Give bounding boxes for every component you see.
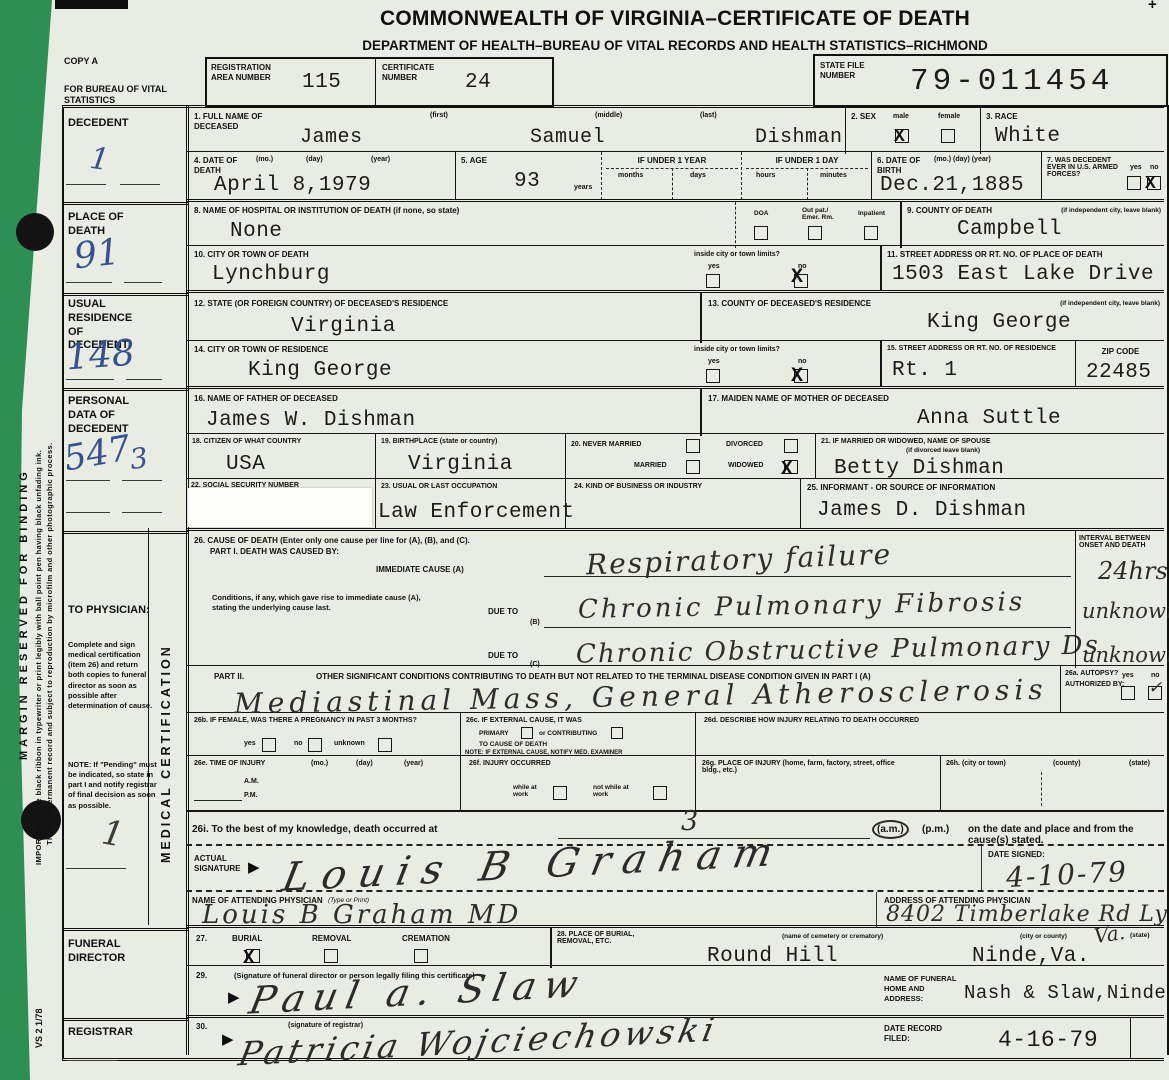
doa-label: DOA (754, 210, 768, 217)
death-time-value: 3 (681, 806, 698, 837)
sex-female-label: female (938, 113, 960, 120)
burial-label: BURIAL (232, 934, 262, 944)
field-county-of-residence: 13. COUNTY OF DECEASED'S RESIDENCE (if i… (700, 293, 1166, 343)
checkbox-doa (754, 226, 768, 240)
margin-binding-text: MARGIN RESERVED FOR BINDING (18, 468, 31, 760)
burial-city-note: (city or county) (1020, 933, 1067, 940)
mo-sublabel: (mo.) (256, 156, 273, 163)
burial-state-note: (state) (1130, 932, 1150, 939)
date-signed-value: 4-10-79 (1005, 855, 1129, 894)
physician-name-value: Louis B Graham MD (202, 900, 521, 930)
field-industry: 24. KIND OF BUSINESS OR INDUSTRY (565, 479, 801, 529)
field-if-under-1-day: IF UNDER 1 DAY hours minutes (741, 152, 872, 200)
age-years-label: years (574, 184, 592, 191)
cause-c-value: Chronic Obstructive Pulmonary Ds (576, 630, 1100, 669)
first-name-value: James (300, 126, 363, 149)
city-residence-value: King George (248, 359, 392, 382)
zip-value: 22485 (1086, 361, 1152, 384)
to-cause-label: TO CAUSE OF DEATH (479, 741, 547, 748)
place-of-burial-label: 28. PLACE OF BURIAL, REMOVAL, ETC. (557, 931, 635, 945)
forces-no-label: no (1150, 164, 1159, 171)
widowed-label: WIDOWED (728, 462, 763, 469)
removal-label: REMOVAL (312, 934, 351, 944)
zip-label: ZIP CODE (1076, 347, 1165, 357)
checkbox-contributing (611, 727, 623, 739)
divorced-label: DIVORCED (726, 441, 763, 448)
field-date-of-death: 4. DATE OF (mo.) (day) (year) DEATH Apri… (186, 152, 455, 200)
informant-label: 25. INFORMANT - OR SOURCE OF INFORMATION (807, 483, 995, 493)
row-parents: 16. NAME OF FATHER OF DECEASED James W. … (186, 386, 1164, 436)
cremation-label: CREMATION (402, 934, 450, 944)
father-label: 16. NAME OF FATHER OF DECEASED (194, 394, 338, 404)
street-of-death-value: 1503 East Lake Drive (892, 263, 1154, 286)
street-of-death-label: 11. STREET ADDRESS OR RT. NO. OF PLACE O… (887, 250, 1103, 260)
injury-county-label: (county) (1053, 760, 1081, 767)
interval-header: INTERVAL BETWEEN ONSET AND DEATH (1079, 535, 1163, 549)
street-residence-value: Rt. 1 (892, 359, 958, 382)
interval-b-value: unknown (1082, 599, 1169, 623)
race-label: 3. RACE (986, 112, 1018, 122)
informant-value: James D. Dishman (817, 499, 1027, 522)
state-residence-value: Virginia (291, 315, 396, 338)
dob-sublabels: (mo.) (day) (year) (934, 156, 991, 163)
county-of-death-label: 9. COUNTY OF DEATH (907, 206, 992, 216)
field-injury-occurred: 26f. INJURY OCCURRED while at work not w… (460, 756, 696, 811)
attestation-label: 26i. To the best of my knowledge, death … (192, 824, 437, 835)
side-code-personal-b: 3 (128, 441, 150, 476)
field-if-under-1-year: IF UNDER 1 YEAR months days (601, 152, 742, 200)
inj-day: (day) (356, 760, 373, 767)
side-code-physician: 1 (99, 812, 127, 855)
state-file-value: 79-011454 (910, 64, 1113, 99)
pregnancy-yes-label: yes (244, 740, 256, 747)
field-zip: ZIP CODE 22485 (1075, 341, 1165, 387)
months-label: months (618, 172, 643, 179)
age-label: 5. AGE (461, 156, 487, 166)
certificate-subtitle: DEPARTMENT OF HEALTH–BUREAU OF VITAL REC… (186, 38, 1164, 54)
field-sex: 2. SEX male female X (845, 108, 981, 154)
field-city-of-residence: 14. CITY OR TOWN OF RESIDENCE King Georg… (186, 341, 880, 387)
checkbox-outpatient (808, 226, 822, 240)
registration-divider (375, 59, 376, 105)
due-to-c-label: DUE TO (488, 651, 518, 661)
certificate-number-value: 24 (465, 71, 491, 94)
birthplace-label: 19. BIRTHPLACE (state or country) (381, 438, 497, 445)
field-full-name: 1. FULL NAME OF DECEASED (first) (middle… (186, 108, 845, 154)
side-note-physician: Complete and sign medical certification … (68, 640, 154, 711)
checkbox-pregnancy-unknown (378, 738, 392, 752)
field-place-of-burial: 28. PLACE OF BURIAL, REMOVAL, ETC. (name… (550, 928, 1166, 968)
year-sublabel: (year) (371, 156, 390, 163)
checkbox-married (686, 460, 700, 474)
row-cause-of-death: 26. CAUSE OF DEATH (Enter only one cause… (186, 528, 1164, 668)
date-of-birth-label: 6. DATE OF (877, 156, 920, 166)
side-code-place-of-death: 91 (72, 232, 122, 278)
place-of-injury-label: 26g. PLACE OF INJURY (home, farm, factor… (702, 760, 902, 774)
field-age: 5. AGE 93 years (455, 152, 602, 200)
under-1-day-label: IF UNDER 1 DAY (742, 156, 872, 166)
age-value: 93 (514, 170, 540, 193)
field-state-of-residence: 12. STATE (OR FOREIGN COUNTRY) OF DECEAS… (186, 293, 700, 343)
pregnancy-no-label: no (294, 740, 303, 747)
forces-no-mark: X (1145, 174, 1156, 194)
checkbox-forces-yes (1127, 176, 1141, 190)
row-part2-autopsy: PART II. OTHER SIGNIFICANT CONDITIONS CO… (186, 665, 1164, 713)
days-label: days (690, 172, 706, 179)
checkbox-inpatient (864, 226, 878, 240)
side-label-to-physician: TO PHYSICIAN: (68, 604, 158, 618)
copy-a-label: COPY A (64, 56, 98, 67)
side-label-decedent: DECEDENT (68, 117, 129, 131)
field-street-of-residence: 15. STREET ADDRESS OR RT. NO. OF RESIDEN… (880, 341, 1077, 387)
physician-address-value: 8402 Timberlake Rd Lynchburg (886, 902, 1169, 927)
injury-city-label: 26h. (city or town) (946, 760, 1006, 767)
industry-label: 24. KIND OF BUSINESS OR INDUSTRY (574, 483, 702, 490)
not-while-at-work-label: not while at work (593, 784, 633, 798)
authorized-by-label: AUTHORIZED BY: (1065, 681, 1124, 688)
funeral-home-label: NAME OF FUNERAL HOME AND ADDRESS: (884, 974, 964, 1004)
field-time-of-injury: 26e. TIME OF INJURY (mo.) (day) (year) A… (186, 756, 460, 811)
autopsy-label: 26a. AUTOPSY? (1065, 670, 1118, 677)
row-26e-26h: 26e. TIME OF INJURY (mo.) (day) (year) A… (186, 755, 1164, 811)
hospital-label: 8. NAME OF HOSPITAL OR INSTITUTION OF DE… (194, 206, 459, 216)
part1-label: PART I. DEATH WAS CAUSED BY: (210, 547, 339, 557)
middle-sublabel: (middle) (595, 112, 622, 119)
street-residence-label: 15. STREET ADDRESS OR RT. NO. OF RESIDEN… (887, 345, 1067, 352)
funeral-sig-number: 29. (196, 971, 207, 981)
city-of-death-label: 10. CITY OR TOWN OF DEATH (194, 250, 309, 260)
registrar-number: 30. (196, 1022, 207, 1032)
checkbox-while-at-work (553, 786, 567, 800)
immediate-cause-label: IMMEDIATE CAUSE (A) (376, 565, 464, 575)
city-of-death-value: Lynchburg (212, 263, 330, 286)
row-ssn-occupation: 22. SOCIAL SECURITY NUMBER 23. USUAL OR … (186, 478, 1164, 529)
checkbox-sex-female (941, 129, 955, 143)
autopsy-no-mark: ✓ (1148, 678, 1162, 698)
res-limits-yes-label: yes (708, 358, 720, 365)
res-limits-no-label: no (798, 358, 807, 365)
row-registrar: 30. (signature of registrar) ▶ Patricia … (186, 1015, 1164, 1061)
date-filed-label: DATE RECORD FILED: (884, 1024, 964, 1043)
checkbox-removal (324, 949, 338, 963)
day-sublabel: (day) (306, 156, 323, 163)
state-file-label: STATE FILE NUMBER (820, 61, 882, 80)
hours-label: hours (756, 172, 775, 179)
full-name-label: 1. FULL NAME OF DECEASED (194, 112, 294, 131)
side-label-registrar: REGISTRAR (68, 1026, 133, 1040)
state-residence-label: 12. STATE (OR FOREIGN COUNTRY) OF DECEAS… (194, 299, 448, 309)
pm-label: P.M. (244, 792, 258, 799)
field-marital-status: 20. NEVER MARRIED DIVORCED MARRIED WIDOW… (565, 434, 816, 479)
field-county-of-death: 9. COUNTY OF DEATH (if independent city,… (900, 202, 1166, 248)
checkbox-pregnancy-yes (262, 738, 276, 752)
field-birthplace: 19. BIRTHPLACE (state or country) Virgin… (375, 434, 566, 479)
scan-bar (55, 0, 128, 9)
occupation-value: Law Enforcement (378, 501, 575, 524)
checkbox-death-limits-yes (706, 274, 720, 288)
side-code-usual-residence: 148 (65, 333, 136, 379)
spouse-note: (if divorced leave blank) (906, 447, 980, 454)
signature-arrow-icon: ▶ (248, 860, 260, 875)
field-ssn: 22. SOCIAL SECURITY NUMBER (186, 479, 375, 529)
field-hospital: 8. NAME OF HOSPITAL OR INSTITUTION OF DE… (186, 202, 735, 248)
pregnancy-unknown-label: unknown (334, 740, 365, 747)
interval-a-value: 24hrs. (1098, 557, 1169, 585)
armed-forces-label: 7. WAS DECEDENT EVER IN U.S. ARMED FORCE… (1047, 157, 1129, 178)
row-name-sex-race: 1. FULL NAME OF DECEASED (first) (middle… (186, 105, 1164, 154)
first-sublabel: (first) (430, 112, 448, 119)
inj-year: (year) (404, 760, 423, 767)
field-death-location-type: DOA Out pat./ Emer. Rm. Inpatient (735, 202, 901, 248)
actual-signature-label: ACTUAL SIGNATURE (194, 854, 246, 873)
row-burial: 27. BURIAL REMOVAL CREMATION X 28. PLACE… (186, 925, 1164, 968)
injury-occurred-label: 26f. INJURY OCCURRED (469, 760, 551, 767)
row-death-date: 4. DATE OF (mo.) (day) (year) DEATH Apri… (186, 151, 1164, 200)
field-external-cause: 26c. IF EXTERNAL CAUSE, IT WAS PRIMARY o… (460, 713, 696, 756)
field-race: 3. RACE White (980, 108, 1165, 154)
father-value: James W. Dishman (206, 409, 416, 432)
field-place-of-injury: 26g. PLACE OF INJURY (home, farm, factor… (695, 756, 941, 811)
checkbox-primary (521, 727, 533, 739)
county-residence-label: 13. COUNTY OF DECEASED'S RESIDENCE (708, 299, 871, 309)
row-place-of-death-2: 10. CITY OR TOWN OF DEATH Lynchburg insi… (186, 245, 1164, 291)
checkbox-never-married (686, 439, 700, 453)
checkbox-res-limits-yes (706, 369, 720, 383)
margin-permanent-text: This is a permanent record and subject t… (45, 442, 54, 845)
row-citizen-marital: 18. CITIZEN OF WHAT COUNTRY USA 19. BIRT… (186, 433, 1164, 479)
row-26b-26d: 26b. IF FEMALE, WAS THERE A PREGNANCY IN… (186, 712, 1164, 756)
middle-name-value: Samuel (530, 126, 605, 149)
citizen-label: 18. CITIZEN OF WHAT COUNTRY (192, 438, 301, 445)
side-label-personal-data: PERSONAL DATA OF DECEDENT (68, 395, 140, 436)
cause-label: 26. CAUSE OF DEATH (Enter only one cause… (194, 536, 470, 546)
forces-yes-label: yes (1130, 164, 1142, 171)
ssn-redaction-box (188, 488, 372, 527)
field-street-of-death: 11. STREET ADDRESS OR RT. NO. OF PLACE O… (880, 246, 1166, 291)
part2-label: PART II. (214, 672, 244, 682)
funeral-signature-arrow-icon: ▶ (228, 990, 240, 1005)
form-code: VS 2 1/78 (34, 1008, 45, 1048)
side-code-decedent: 1 (88, 141, 112, 178)
inpatient-label: Inpatient (858, 210, 885, 217)
injury-state-label: (state) (1129, 760, 1150, 767)
field-mother-name: 17. MAIDEN NAME OF MOTHER OF DECEASED An… (700, 389, 1166, 436)
sex-male-mark: X (894, 127, 905, 147)
field-disposition: 27. BURIAL REMOVAL CREMATION X (186, 928, 550, 968)
certificate-number-label: CERTIFICATE NUMBER (382, 63, 452, 82)
checkbox-divorced (784, 439, 798, 453)
checkbox-not-while-at-work (653, 786, 667, 800)
date-signed-label: DATE SIGNED: (988, 850, 1045, 860)
county-of-death-value: Campbell (957, 218, 1062, 241)
county-of-death-note: (if independent city, leave blank) (1061, 207, 1161, 214)
field-autopsy: 26a. AUTOPSY? AUTHORIZED BY: yes no ✓ (1060, 666, 1165, 713)
while-at-work-label: while at work (513, 784, 547, 798)
widowed-mark: X (781, 458, 792, 480)
under-1-year-label: IF UNDER 1 YEAR (602, 156, 742, 166)
registration-area-label: REGISTRATION AREA NUMBER (211, 63, 286, 82)
row-place-of-death-1: 8. NAME OF HOSPITAL OR INSTITUTION OF DE… (186, 199, 1164, 248)
am-circled: (a.m.) (872, 820, 909, 839)
death-limits-yes-label: yes (708, 263, 720, 270)
date-of-birth-value: Dec.21,1885 (880, 174, 1024, 197)
side-note-pending: NOTE: If "Pending" must be indicated, so… (68, 760, 160, 811)
field-armed-forces: 7. WAS DECEDENT EVER IN U.S. ARMED FORCE… (1041, 152, 1165, 200)
field-spouse: 21. IF MARRIED OR WIDOWED, NAME OF SPOUS… (815, 434, 1165, 479)
cause-a-value: Respiratory failure (586, 538, 893, 582)
field-part2: PART II. OTHER SIGNIFICANT CONDITIONS CO… (186, 666, 1060, 713)
field-father-name: 16. NAME OF FATHER OF DECEASED James W. … (186, 389, 700, 436)
registration-area-value: 115 (302, 71, 341, 94)
interval-c-value: unknown (1082, 643, 1169, 667)
field-interval: INTERVAL BETWEEN ONSET AND DEATH 24hrs. … (1075, 531, 1165, 668)
row-residence-2: 14. CITY OR TOWN OF RESIDENCE King Georg… (186, 340, 1164, 387)
field-how-injury: 26d. DESCRIBE HOW INJURY RELATING TO DEA… (695, 713, 1165, 756)
county-residence-value: King George (927, 311, 1071, 334)
am-label: A.M. (244, 778, 259, 785)
registrar-signature-arrow-icon: ▶ (222, 1032, 234, 1047)
res-limits-no-mark: X (791, 365, 803, 388)
minutes-label: minutes (820, 172, 847, 179)
hospital-value: None (230, 220, 282, 243)
row-funeral-signature: 29. (Signature of funeral director or pe… (186, 965, 1164, 1016)
field-city-of-death: 10. CITY OR TOWN OF DEATH Lynchburg insi… (186, 246, 880, 291)
citizen-value: USA (226, 453, 265, 476)
contributing-label: or CONTRIBUTING (539, 730, 597, 737)
conditions-note: Conditions, if any, which gave rise to i… (212, 593, 447, 613)
last-sublabel: (last) (700, 112, 717, 119)
inj-mo: (mo.) (311, 760, 328, 767)
last-name-value: Dishman (755, 126, 843, 149)
death-limits-no-mark: X (791, 266, 803, 289)
date-of-death-label: 4. DATE OF (194, 156, 237, 166)
pm-option: (p.m.) (922, 824, 949, 835)
row-physician-signature: ACTUAL SIGNATURE ▶ Louis B Graham DATE S… (186, 844, 1164, 892)
disposition-number: 27. (196, 934, 207, 944)
side-label-funeral-director: FUNERAL DIRECTOR (68, 938, 132, 966)
res-limits-label: inside city or town limits? (694, 346, 780, 353)
sex-label: 2. SEX (851, 112, 876, 122)
state-file-box: STATE FILE NUMBER 79-011454 (813, 54, 1168, 107)
field-date-of-birth: 6. DATE OF (mo.) (day) (year) BIRTH Dec.… (871, 152, 1042, 200)
how-injury-label: 26d. DESCRIBE HOW INJURY RELATING TO DEA… (704, 717, 919, 724)
hole-punch (16, 213, 54, 251)
never-married-label: 20. NEVER MARRIED (571, 441, 641, 448)
spouse-value: Betty Dishman (834, 457, 1004, 480)
mother-value: Anna Suttle (917, 407, 1061, 430)
cemetery-note: (name of cemetery or crematory) (782, 933, 883, 940)
time-injury-label: 26e. TIME OF INJURY (194, 760, 265, 767)
medical-certification-label: MEDICAL CERTIFICATION (159, 644, 174, 863)
date-of-death-value: April 8,1979 (214, 174, 371, 197)
certificate-title: COMMONWEALTH OF VIRGINIA–CERTIFICATE OF … (186, 6, 1164, 31)
autopsy-yes-label: yes (1122, 672, 1134, 679)
field-cause-of-death: 26. CAUSE OF DEATH (Enter only one cause… (186, 531, 1075, 668)
medical-certification-strip: MEDICAL CERTIFICATION (148, 528, 187, 925)
field-pregnancy: 26b. IF FEMALE, WAS THERE A PREGNANCY IN… (186, 713, 460, 756)
date-filed-value: 4-16-79 (998, 1027, 1098, 1053)
field-citizen: 18. CITIZEN OF WHAT COUNTRY USA (186, 434, 375, 479)
bureau-label: FOR BUREAU OF VITAL STATISTICS (64, 84, 174, 106)
outpatient-label: Out pat./ Emer. Rm. (802, 207, 842, 221)
field-injury-location: 26h. (city or town) (county) (state) (940, 756, 1165, 811)
margin-important-text: IMPORTANT: Use black ribbon in typewrite… (34, 450, 43, 865)
checkbox-cremation (414, 949, 428, 963)
checkbox-autopsy-yes (1121, 686, 1135, 700)
b-tag: (B) (530, 619, 540, 626)
spouse-label: 21. IF MARRIED OR WIDOWED, NAME OF SPOUS… (821, 438, 991, 445)
death-certificate-scan: + MARGIN RESERVED FOR BINDING IMPORTANT:… (0, 0, 1169, 1080)
primary-label: PRIMARY (479, 730, 509, 737)
field-occupation: 23. USUAL OR LAST OCCUPATION Law Enforce… (375, 479, 566, 529)
married-label: MARRIED (634, 462, 667, 469)
external-cause-label: 26c. IF EXTERNAL CAUSE, IT WAS (466, 717, 582, 724)
sex-male-label: male (893, 113, 909, 120)
field-informant: 25. INFORMANT - OR SOURCE OF INFORMATION… (800, 479, 1165, 529)
occupation-label: 23. USUAL OR LAST OCCUPATION (381, 483, 497, 490)
checkbox-pregnancy-no (308, 738, 322, 752)
attestation-rest: on the date and place and from the cause… (968, 824, 1164, 846)
physician-address-state: Va. (1092, 920, 1126, 948)
city-residence-label: 14. CITY OR TOWN OF RESIDENCE (194, 345, 328, 355)
funeral-home-value: Nash & Slaw,Ninde,Va. (964, 982, 1169, 1004)
race-value: White (995, 125, 1061, 148)
death-limits-label: inside city or town limits? (694, 251, 780, 258)
row-residence-1: 12. STATE (OR FOREIGN COUNTRY) OF DECEAS… (186, 290, 1164, 343)
cause-b-value: Chronic Pulmonary Fibrosis (578, 587, 1026, 625)
mother-label: 17. MAIDEN NAME OF MOTHER OF DECEASED (708, 394, 889, 404)
due-to-b-label: DUE TO (488, 607, 518, 617)
birthplace-value: Virginia (408, 453, 513, 476)
county-residence-note: (if independent city, leave blank) (1060, 300, 1160, 307)
registration-box: REGISTRATION AREA NUMBER 115 CERTIFICATE… (205, 57, 554, 107)
